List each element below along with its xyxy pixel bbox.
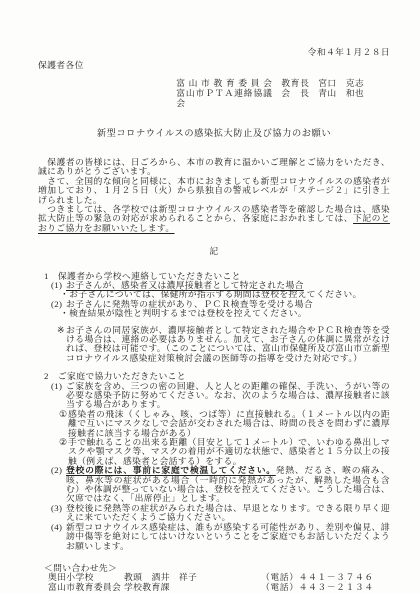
list-item-text: 登校の際には、事前に家庭で検温してください。発熱、だるさ、喉の痛み、咳、鼻水等の… xyxy=(66,466,390,504)
intro-paragraphs: 保護者の皆様には、日ごろから、本市の教育に温かいご理解とご協力をいただき、誠にあ… xyxy=(38,158,390,233)
contact-org: 富山市教育委員会 xyxy=(48,583,124,592)
list-item: (1) ご家族を含め、三つの密の回避、人と人との距離の確保、手洗い、うがい等の必… xyxy=(51,382,390,410)
section-2: 2 ご家庭で協力いただきたいこと (1) ご家族を含め、三つの密の回避、人と人と… xyxy=(38,372,390,551)
note-text: お子さんの同居家族が、濃厚接触者として特定された場合やＰＣＲ検査等を受ける場合は… xyxy=(66,326,390,364)
sub-item-text: 手で触れることの出来る距離（目安として１メートル）で、いわゆる鼻出しマスクや顎マ… xyxy=(68,438,390,466)
sub-item-marker: ① xyxy=(59,410,68,438)
document-date: 令和４年１月２８日 xyxy=(38,48,390,57)
contact-row: 富山市教育委員会 学校教育課 （電話）４４３－２１３４ xyxy=(48,583,390,592)
sub-list-item: ① 感染者の飛沫（くしゃみ、咳、つば等）に直接触れる。（１メートル以内の距離で互… xyxy=(59,410,390,438)
sender-name: 青山 和也 xyxy=(318,89,364,98)
contact-phone: （電話）４４３－２１３４ xyxy=(261,583,390,592)
intro-paragraph-1: 保護者の皆様には、日ごろから、本市の教育に温かいご理解とご協力をいただき、誠にあ… xyxy=(38,158,390,177)
section-1: 1 保護者から学校へ連絡していただきたいこと (1) お子さんが、感染者又は濃厚… xyxy=(38,272,390,364)
sender-block: 富山市教育委員会 教育長 宮口 克志 富山市ＰＴＡ連絡協議会 会 長 青山 和也 xyxy=(38,78,390,108)
contact-block: ＜問い合わせ先＞ 奥田小学校 教頭 酒井 祥子 （電話）４４１－３７４６ 富山市… xyxy=(44,564,390,592)
sender-name: 宮口 克志 xyxy=(318,79,364,88)
sender-title: 教育長 xyxy=(281,79,309,88)
list-item-text: 新型コロナウイルス感染症は、誰もが感染する可能性があり、差別や偏見、誹謗中傷等を… xyxy=(66,523,390,551)
list-item-label: (3) xyxy=(51,504,66,523)
ki-mark: 記 xyxy=(38,247,390,256)
recipient-line: 保護者各位 xyxy=(38,61,390,70)
sub-list-item: ② 手で触れることの出来る距離（目安として１メートル）で、いわゆる鼻出しマスクや… xyxy=(59,438,390,466)
sub-item-text: 感染者の飛沫（くしゃみ、咳、つば等）に直接触れる。（１メートル以内の距離で互いに… xyxy=(68,410,390,438)
list-item: (3) 登校後に発熱等の症状がみられた場合は、早退となります。できる限り早く迎え… xyxy=(51,504,390,523)
list-item: (2) 登校の際には、事前に家庭で検温してください。発熱、だるさ、喉の痛み、咳、… xyxy=(51,466,390,504)
contact-person: 学校教育課 xyxy=(124,583,261,592)
sender-title: 会 長 xyxy=(281,89,309,98)
document-page: 令和４年１月２８日 保護者各位 富山市教育委員会 教育長 宮口 克志 富山市ＰＴ… xyxy=(0,0,420,594)
sender-row: 富山市ＰＴＡ連絡協議会 会 長 青山 和也 xyxy=(176,89,364,108)
intro-paragraph-3: つきましては、各学校では新型コロナウイルスの感染者等を確認した場合は、感染拡大防… xyxy=(38,205,390,233)
list-item-label: (1) xyxy=(51,382,66,410)
document-title: 新型コロナウイルスの感染拡大防止及び協力のお願い xyxy=(38,129,390,139)
list-item-text: 登校後に発熱等の症状がみられた場合は、早退となります。できる限り早く迎えに来てい… xyxy=(66,504,390,523)
list-item-label: (2) xyxy=(51,466,66,504)
intro-paragraph-3-text: つきましては、各学校では新型コロナウイルスの感染者等を確認した場合は、感染拡大防… xyxy=(38,204,390,223)
list-sub-bullet: ・検査結果が陰性と判明するまでは登校を控えてください。 xyxy=(60,309,390,318)
list-item-label: (4) xyxy=(51,523,66,551)
note-paragraph: ※ お子さんの同居家族が、濃厚接触者として特定された場合やＰＣＲ検査等を受ける場… xyxy=(57,326,390,364)
note-marker: ※ xyxy=(57,326,66,364)
intro-paragraph-2: さて、全国的な傾向と同様に、本市におきましても新型コロナウイルスの感染者が増加し… xyxy=(38,177,390,205)
list-item: (4) 新型コロナウイルス感染症は、誰もが感染する可能性があり、差別や偏見、誹謗… xyxy=(51,523,390,551)
sub-item-marker: ② xyxy=(59,438,68,466)
list-item-text: ご家族を含め、三つの密の回避、人と人との距離の確保、手洗い、うがい等の必要な感染… xyxy=(66,382,390,410)
sender-org: 富山市教育委員会 xyxy=(176,79,272,88)
sender-row: 富山市教育委員会 教育長 宮口 克志 xyxy=(176,79,364,88)
sender-org: 富山市ＰＴＡ連絡協議会 xyxy=(176,89,272,108)
